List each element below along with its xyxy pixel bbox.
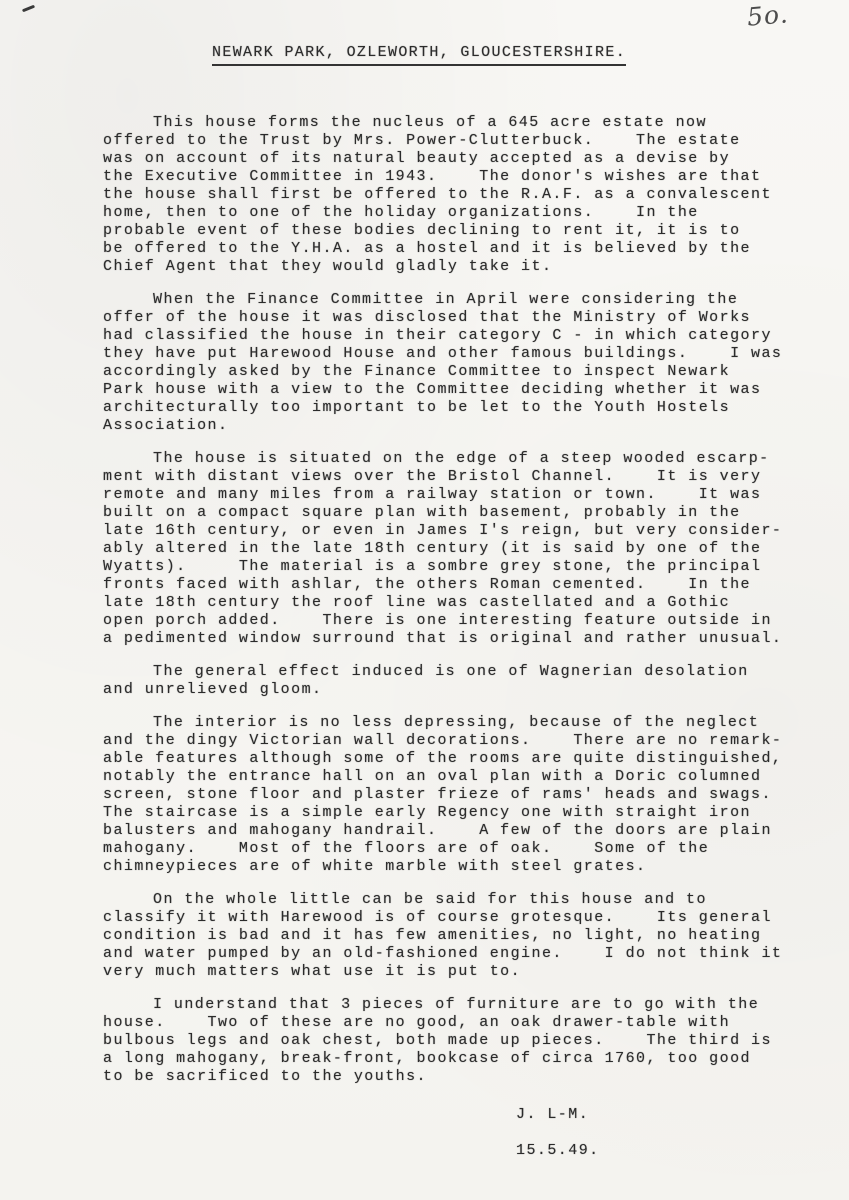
signature-initials: J. L-M. [516, 1106, 600, 1124]
text-line: This house forms the nucleus of a 645 ac… [103, 114, 808, 132]
text-line: Wyatts). The material is a sombre grey s… [103, 558, 808, 576]
date: 15.5.49. [516, 1142, 600, 1160]
paragraph: On the whole little can be said for this… [103, 891, 808, 981]
text-line: Park house with a view to the Committee … [103, 381, 808, 399]
text-line: able features although some of the rooms… [103, 750, 808, 768]
text-line: was on account of its natural beauty acc… [103, 150, 808, 168]
paragraph: This house forms the nucleus of a 645 ac… [103, 114, 808, 276]
text-line: be offered to the Y.H.A. as a hostel and… [103, 240, 808, 258]
text-line: home, then to one of the holiday organiz… [103, 204, 808, 222]
text-line: remote and many miles from a railway sta… [103, 486, 808, 504]
paragraph: The house is situated on the edge of a s… [103, 450, 808, 648]
text-line: The house is situated on the edge of a s… [103, 450, 808, 468]
document-page: 5o. NEWARK PARK, OZLEWORTH, GLOUCESTERSH… [0, 0, 849, 1200]
pen-mark [22, 5, 35, 13]
text-line: notably the entrance hall on an oval pla… [103, 768, 808, 786]
document-body: This house forms the nucleus of a 645 ac… [103, 114, 808, 1101]
text-line: late 18th century the roof line was cast… [103, 594, 808, 612]
text-line: the Executive Committee in 1943. The don… [103, 168, 808, 186]
text-line: ably altered in the late 18th century (i… [103, 540, 808, 558]
text-line: The interior is no less depressing, beca… [103, 714, 808, 732]
text-line: fronts faced with ashlar, the others Rom… [103, 576, 808, 594]
paragraph: The interior is no less depressing, beca… [103, 714, 808, 876]
text-line: a pedimented window surround that is ori… [103, 630, 808, 648]
text-line: house. Two of these are no good, an oak … [103, 1014, 808, 1032]
text-line: they have put Harewood House and other f… [103, 345, 808, 363]
paragraph: When the Finance Committee in April were… [103, 291, 808, 435]
text-line: condition is bad and it has few amenitie… [103, 927, 808, 945]
closing-block: J. L-M. 15.5.49. [516, 1106, 600, 1160]
text-line: built on a compact square plan with base… [103, 504, 808, 522]
text-line: balusters and mahogany handrail. A few o… [103, 822, 808, 840]
text-line: classify it with Harewood is of course g… [103, 909, 808, 927]
page-number: 5o. [746, 0, 790, 32]
text-line: ment with distant views over the Bristol… [103, 468, 808, 486]
text-line: screen, stone floor and plaster frieze o… [103, 786, 808, 804]
text-line: architecturally too important to be let … [103, 399, 808, 417]
text-line: and water pumped by an old-fashioned eng… [103, 945, 808, 963]
text-line: the house shall first be offered to the … [103, 186, 808, 204]
text-line: very much matters what use it is put to. [103, 963, 808, 981]
text-line: had classified the house in their catego… [103, 327, 808, 345]
text-line: When the Finance Committee in April were… [103, 291, 808, 309]
text-line: probable event of these bodies declining… [103, 222, 808, 240]
text-line: I understand that 3 pieces of furniture … [103, 996, 808, 1014]
text-line: offered to the Trust by Mrs. Power-Clutt… [103, 132, 808, 150]
text-line: chimneypieces are of white marble with s… [103, 858, 808, 876]
text-line: a long mahogany, break-front, bookcase o… [103, 1050, 808, 1068]
text-line: and the dingy Victorian wall decorations… [103, 732, 808, 750]
text-line: late 16th century, or even in James I's … [103, 522, 808, 540]
text-line: mahogany. Most of the floors are of oak.… [103, 840, 808, 858]
paragraph: The general effect induced is one of Wag… [103, 663, 808, 699]
text-line: and unrelieved gloom. [103, 681, 808, 699]
text-line: Chief Agent that they would gladly take … [103, 258, 808, 276]
paragraph: I understand that 3 pieces of furniture … [103, 996, 808, 1086]
text-line: offer of the house it was disclosed that… [103, 309, 808, 327]
text-line: The general effect induced is one of Wag… [103, 663, 808, 681]
text-line: to be sacrificed to the youths. [103, 1068, 808, 1086]
text-line: accordingly asked by the Finance Committ… [103, 363, 808, 381]
page-title: NEWARK PARK, OZLEWORTH, GLOUCESTERSHIRE. [212, 44, 626, 66]
text-line: open porch added. There is one interesti… [103, 612, 808, 630]
text-line: On the whole little can be said for this… [103, 891, 808, 909]
text-line: bulbous legs and oak chest, both made up… [103, 1032, 808, 1050]
text-line: Association. [103, 417, 808, 435]
text-line: The staircase is a simple early Regency … [103, 804, 808, 822]
